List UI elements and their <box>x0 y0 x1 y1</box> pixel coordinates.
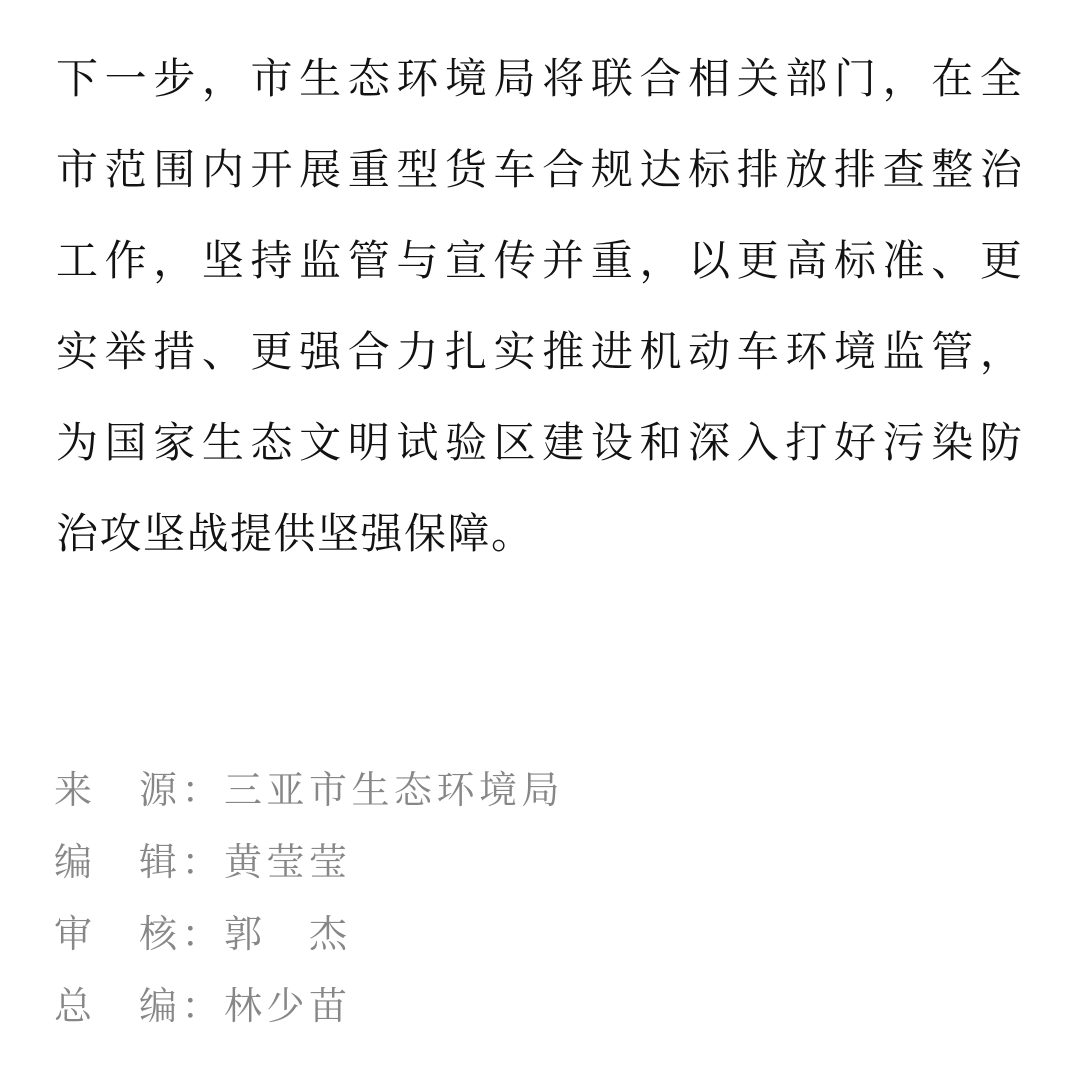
credit-row-source: 来 源：三亚市生态环境局 <box>54 755 1080 827</box>
credit-value-chief-editor: 林少苗 <box>224 986 352 1028</box>
article-paragraph: 下一步，市生态环境局将联合相关部门，在全 市范围内开展重型货车合规达标排放排查整… <box>0 0 1080 579</box>
paragraph-line-2: 市范围内开展重型货车合规达标排放排查整治 <box>56 124 1022 215</box>
credit-row-chief-editor: 总 编：林少苗 <box>54 971 1080 1043</box>
paragraph-line-6: 治攻坚战提供坚强保障。 <box>56 488 1022 579</box>
credit-label-chief-editor: 总 编： <box>54 986 224 1028</box>
article-page: 下一步，市生态环境局将联合相关部门，在全 市范围内开展重型货车合规达标排放排查整… <box>0 0 1080 1065</box>
credit-value-source: 三亚市生态环境局 <box>224 770 564 812</box>
credit-label-editor: 编 辑： <box>54 842 224 884</box>
credit-row-reviewer: 审 核：郭 杰 <box>54 899 1080 971</box>
paragraph-line-3: 工作，坚持监管与宣传并重，以更高标准、更 <box>56 215 1022 306</box>
credit-row-editor: 编 辑：黄莹莹 <box>54 827 1080 899</box>
paragraph-line-5: 为国家生态文明试验区建设和深入打好污染防 <box>56 397 1022 488</box>
credit-label-reviewer: 审 核： <box>54 914 224 956</box>
paragraph-line-4: 实举措、更强合力扎实推进机动车环境监管， <box>56 306 1022 397</box>
credits-section: 来 源：三亚市生态环境局 编 辑：黄莹莹 审 核：郭 杰 总 编：林少苗 <box>0 755 1080 1043</box>
credit-value-editor: 黄莹莹 <box>224 842 352 884</box>
paragraph-line-1: 下一步，市生态环境局将联合相关部门，在全 <box>56 33 1022 124</box>
credit-label-source: 来 源： <box>54 770 224 812</box>
credit-value-reviewer: 郭 杰 <box>224 914 352 956</box>
